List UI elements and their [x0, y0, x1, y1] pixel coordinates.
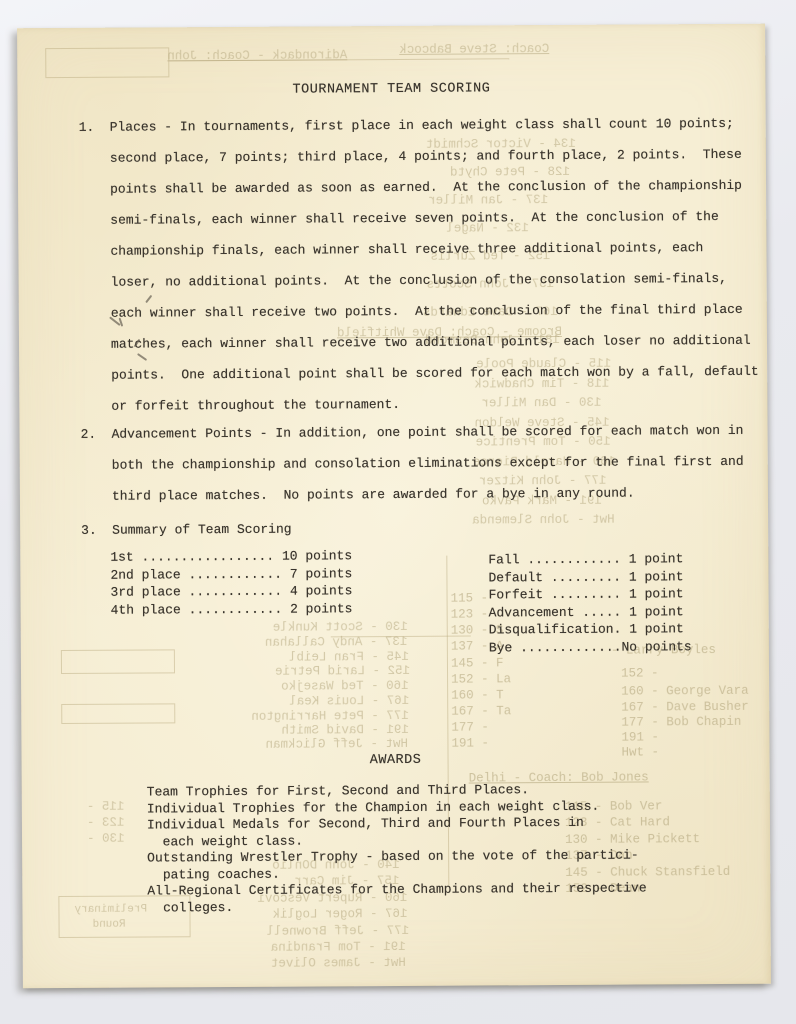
bleedthrough-text: 167 - Ta [451, 704, 511, 718]
bleedthrough-text: 191 - [451, 736, 489, 750]
bleedthrough-text: 130 - Scott Kunkle [273, 620, 408, 635]
bleedthrough-box [61, 649, 175, 674]
bleedthrough-text: Coach: Steve Babcock [399, 42, 549, 57]
bleedthrough-text: 191 - [621, 730, 659, 744]
bleedthrough-text: 160 - George Vara [621, 684, 749, 699]
scoring-line: 4th place ............ 2 points [111, 600, 353, 619]
page-title: TOURNAMENT TEAM SCORING [17, 80, 765, 100]
paragraph-line: matches, each winner shall receive two a… [111, 325, 759, 360]
numbered-list: 1.Places - In tournaments, first place i… [17, 24, 765, 29]
scoring-line: 2nd place ............ 7 points [110, 565, 352, 584]
document-page: Adirondack - Coach: JohnCoach: Steve Bab… [17, 24, 771, 989]
bleedthrough-text: 145 - Fran Leibl [289, 650, 409, 665]
scoring-summary-places: 1st ................. 10 points2nd place… [110, 547, 352, 618]
bleedthrough-text: 191 - Tom Frandina [271, 940, 406, 955]
bleedthrough-text: 167 - Dave Busher [621, 700, 749, 715]
bleedthrough-text: 160 - Ted Wasejko [281, 679, 409, 694]
bleedthrough-text: Hwt - Jeff Glickman [265, 737, 408, 752]
bleedthrough-text: 123 - [87, 816, 125, 830]
awards-list: Team Trophies for First, Second and Thir… [147, 781, 647, 916]
paragraph-line: each winner shall receive two points. At… [111, 294, 759, 329]
bleedthrough-text: 152 - La [451, 672, 511, 686]
item-number: 1. [79, 112, 95, 143]
paragraph-line: Places - In tournaments, first place in … [110, 108, 758, 143]
bleedthrough-text: 177 - Pete Harrington [251, 709, 409, 724]
bleedthrough-text: Hwt - John Slemenda [472, 513, 615, 528]
bleedthrough-box [61, 703, 175, 724]
scoring-line: 3rd place ............ 4 points [110, 582, 352, 601]
bleedthrough-text: 152 - [621, 666, 659, 680]
paragraph-line: loser, no additional points. At the conc… [111, 263, 759, 298]
list-item: 2.Advancement Points - In addition, one … [111, 415, 743, 512]
bleedthrough-text: 177 - [451, 720, 489, 734]
scoring-line: Bye .............No points [489, 638, 692, 657]
bleedthrough-text: 115 - [87, 800, 125, 814]
paragraph-line: both the championship and consolation el… [112, 446, 744, 481]
scoring-line: Disqualification. 1 point [489, 620, 692, 639]
paragraph-line: Advancement Points - In addition, one po… [111, 415, 743, 450]
award-line: All-Regional Certificates for the Champi… [147, 880, 646, 900]
scoring-line: Advancement ..... 1 point [489, 603, 692, 622]
paragraph-line: second place, 7 points; third place, 4 p… [110, 139, 758, 174]
bleedthrough-text: Hwt - James Olivet [271, 956, 406, 971]
scanner-background: Adirondack - Coach: JohnCoach: Steve Bab… [0, 0, 796, 1024]
paragraph-line: championship finals, each winner shall r… [110, 232, 758, 267]
bleedthrough-box [45, 47, 169, 78]
bleedthrough-text: 177 - Jeff Brownell [267, 924, 410, 939]
paragraph-line: points shall be awarded as soon as earne… [110, 170, 758, 205]
bleedthrough-layer: Adirondack - Coach: JohnCoach: Steve Bab… [17, 24, 765, 29]
paragraph-line: Summary of Team Scoring [112, 514, 292, 546]
scoring-line: Fall ............ 1 point [488, 550, 691, 569]
paragraph-line: points. One additional point shall be sc… [111, 356, 759, 391]
paragraph-line: third place matches. No points are award… [112, 477, 744, 512]
bleedthrough-text: 167 - Louis Keal [289, 694, 409, 709]
bleedthrough-text: 145 - F [451, 656, 504, 670]
item-number: 2. [80, 419, 96, 450]
item-number: 3. [81, 515, 97, 546]
bleedthrough-text: 123 - [451, 607, 489, 621]
award-line: Individual Medals for Second, Third and … [147, 814, 646, 834]
bleedthrough-text: 177 - Bob Chapin [621, 715, 741, 730]
list-item: 3.Summary of Team Scoring [112, 514, 292, 546]
award-line: Outstanding Wrestler Trophy - based on t… [147, 847, 646, 867]
scoring-line: 1st ................. 10 points [110, 547, 352, 566]
scoring-line: Default ......... 1 point [488, 568, 691, 587]
awards-title: AWARDS [22, 751, 770, 771]
scoring-line: Forfeit ......... 1 point [488, 585, 691, 604]
list-item: 1.Places - In tournaments, first place i… [110, 108, 759, 422]
bleedthrough-text: 191 - David Smith [281, 723, 409, 738]
bleedthrough-text: 115 - [451, 591, 489, 605]
bleedthrough-text: 130 - [87, 832, 125, 846]
scoring-summary-bonus: Fall ............ 1 pointDefault .......… [488, 550, 691, 656]
award-line: colleges. [147, 897, 646, 917]
bleedthrough-text: 152 - Larid Petrie [275, 664, 410, 679]
paragraph-line: semi-finals, each winner shall receive s… [110, 201, 758, 236]
bleedthrough-text: 160 - T [451, 688, 504, 702]
